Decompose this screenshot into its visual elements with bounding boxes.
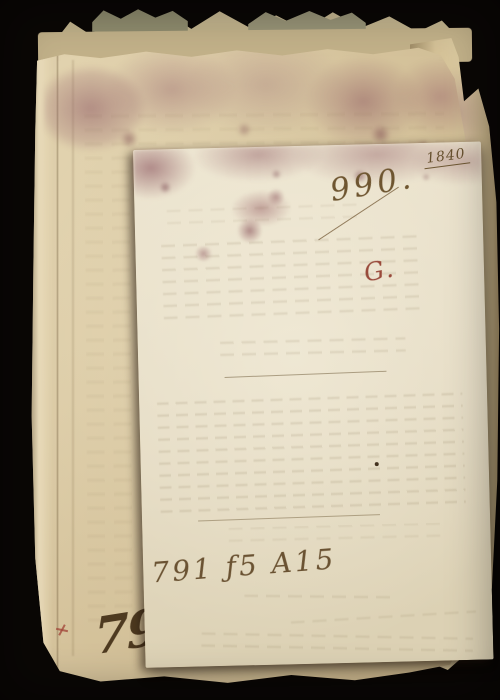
small-leaf: 1840 990. G. 791 ƒ5 A15 xyxy=(133,141,494,667)
ink-bleedthrough-account-lines xyxy=(156,387,466,523)
red-cross-mark xyxy=(56,624,68,636)
manuscript-photo: 79 1840 990. G. 791 ƒ5 A15 xyxy=(0,0,500,700)
torn-page-fragment xyxy=(92,8,188,32)
account-inscription: 791 ƒ5 A15 xyxy=(150,542,337,589)
ruled-line xyxy=(225,371,387,378)
ink-bleedthrough xyxy=(201,629,473,662)
ink-spot xyxy=(375,462,379,466)
ink-bleedthrough xyxy=(166,193,363,234)
ink-bleedthrough xyxy=(161,229,426,329)
ink-bleedthrough xyxy=(220,333,407,366)
